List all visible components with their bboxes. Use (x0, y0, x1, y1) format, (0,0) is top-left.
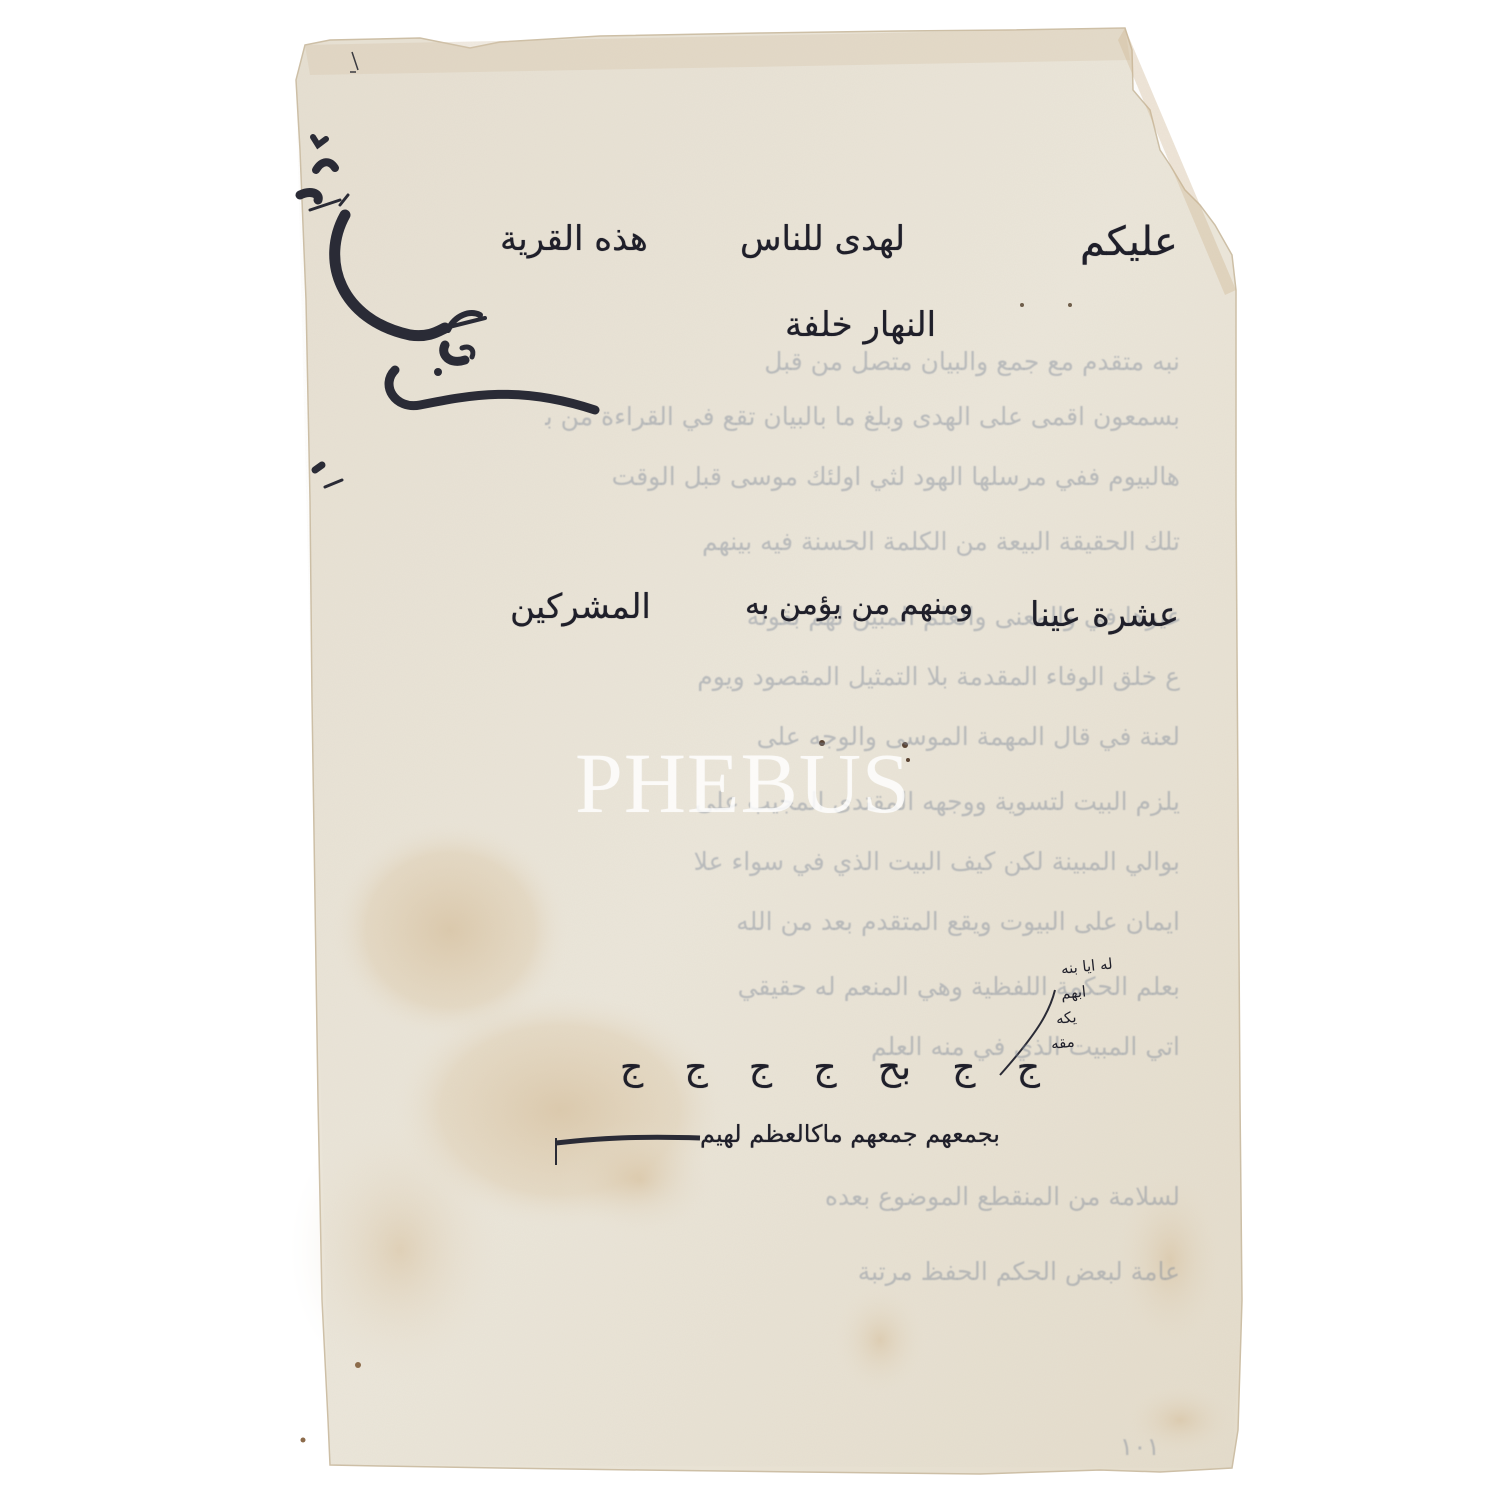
bleed-through-line: لسلامة من المنقطع الموضوع بعده (545, 1180, 1180, 1214)
heading-word-hudan-linnas: لهدى للناس (740, 222, 905, 256)
bleed-through-line: بسمعون اقمى على الهدى وبلغ ما بالبيان تق… (545, 400, 1180, 434)
heading-word-alaykum: عليكم (1080, 222, 1178, 262)
letter-form: ج (1017, 1050, 1040, 1086)
phebus-watermark: PHEBUS (575, 740, 935, 826)
bleed-through-line: تلك الحقيقة البيعة من الكلمة الحسنة فيه … (545, 525, 1180, 559)
letter-form-row: ج ج بح ج ج ج ج (620, 1050, 1040, 1120)
heading-word-hadhihi-alqarya: هذه القرية (500, 222, 648, 256)
heading-word-wa-minhum: ومنهم من يؤمن به (745, 590, 973, 620)
letter-form: ج (684, 1050, 707, 1086)
letter-form: ج (749, 1050, 772, 1086)
bleed-through-line: ع خلق الوفاء المقدمة بلا التمثيل المقصود… (545, 660, 1180, 694)
page-number-mark: ١٠١ (1100, 1430, 1160, 1464)
letter-form: ج (620, 1050, 643, 1086)
bleed-through-line: هالبيوم ففي مرسلها الهود لثي اولئك موسى … (545, 460, 1180, 494)
ruled-line-text: بجمعهم جمعهم ماكالعظم لهيم (700, 1122, 1000, 1146)
manuscript-photo: نبه متقدم مع جمع والبيان متصل من قبل بسم… (0, 0, 1500, 1500)
side-note-line: ابهم (1060, 982, 1087, 1003)
heading-word-annahar-khilfa: النهار خلفة (785, 308, 936, 342)
letter-form: ج (813, 1050, 836, 1086)
bleed-through-line: نبه متقدم مع جمع والبيان متصل من قبل (545, 345, 1180, 379)
bleed-through-line: ايمان على البيوت ويقع المتقدم بعد من الل… (545, 905, 1180, 939)
heading-word-ashrata-ayna: عشرة عينا (1030, 598, 1179, 632)
letter-form: ج (952, 1050, 975, 1086)
bleed-through-line: عامة لبعض الحكم الحفظ مرتبة (545, 1255, 1180, 1289)
side-note-line: يكه (1055, 1008, 1077, 1028)
side-note-line: مقه (1050, 1033, 1075, 1053)
heading-word-almushrikin: المشركين (510, 590, 651, 624)
letter-form: بح (878, 1050, 911, 1086)
bleed-through-line: بوالي المبينة لكن كيف البيت الذي في سواء… (545, 845, 1180, 879)
